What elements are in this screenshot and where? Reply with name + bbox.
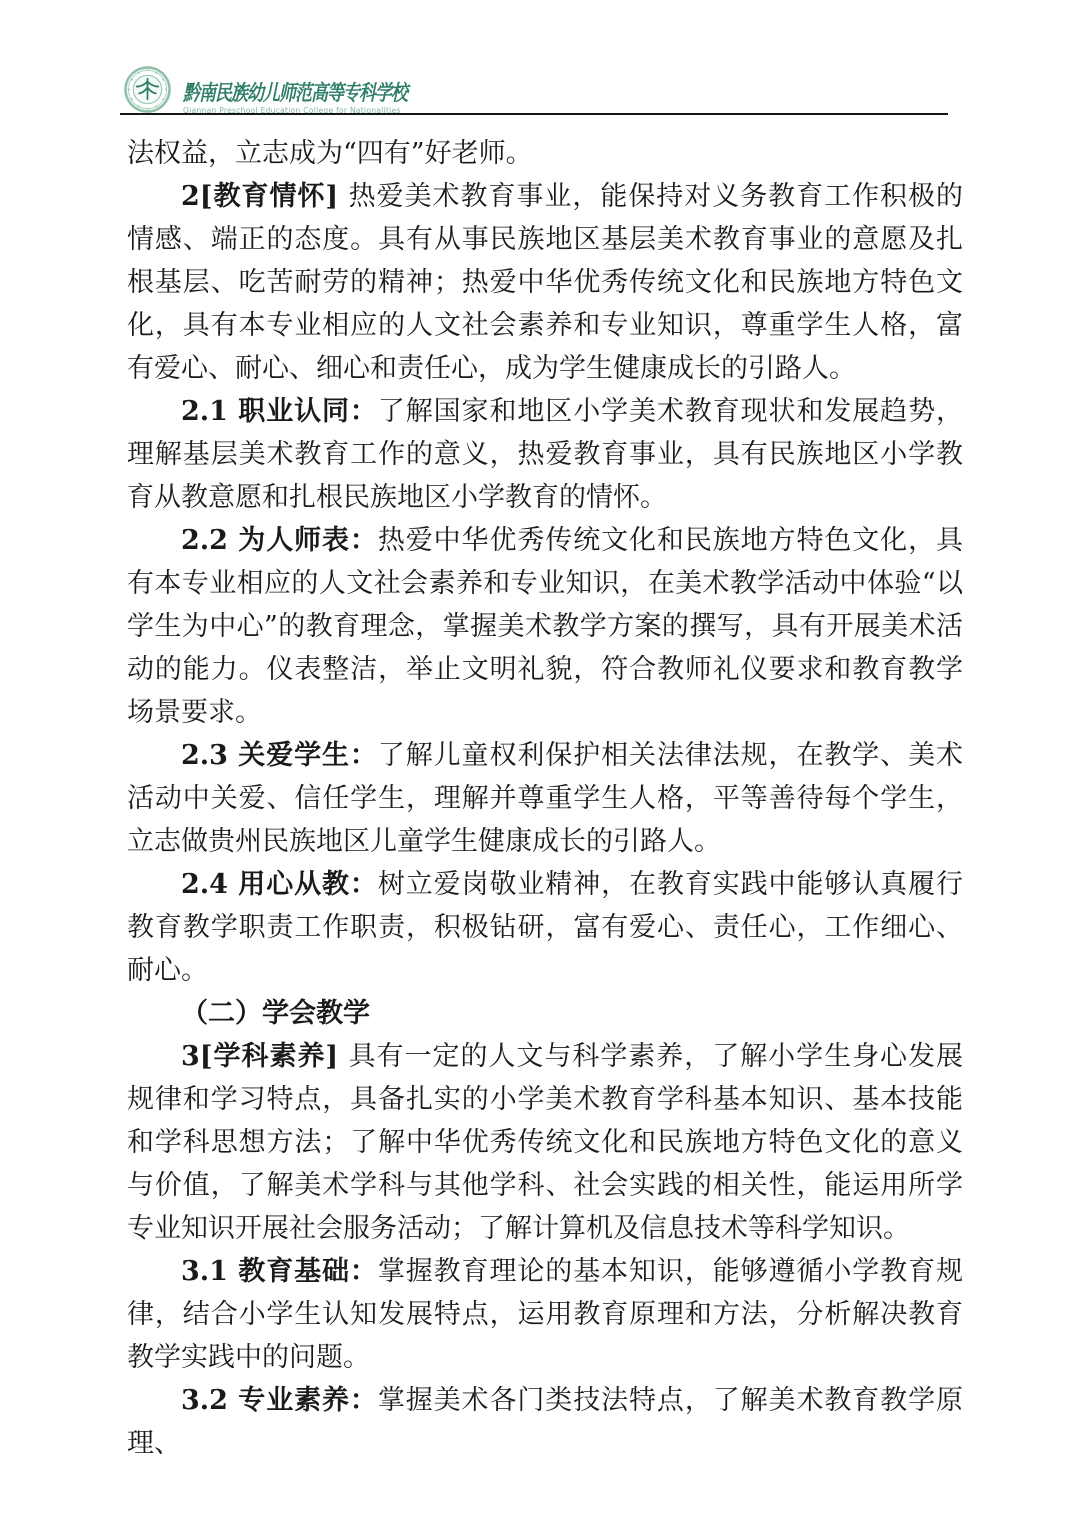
paragraph: 3[学科素养] 具有一定的人文与科学素养，了解小学生身心发展规律和学习特点，具备… (127, 1035, 963, 1250)
paragraph-label: 2.2 为人师表： (181, 525, 378, 556)
paragraph: （二）学会教学 (127, 992, 963, 1035)
school-seal-icon (124, 66, 171, 113)
paragraph-label: 3.2 专业素养： (181, 1385, 378, 1416)
paragraph-text: 法权益，立志成为“四有”好老师。 (127, 138, 533, 169)
paragraph: 2.2 为人师表：热爱中华优秀传统文化和民族地方特色文化，具有本专业相应的人文社… (127, 519, 963, 734)
paragraph-label: 2.3 关爱学生： (181, 740, 378, 771)
paragraph: 3.1 教育基础：掌握教育理论的基本知识，能够遵循小学教育规律，结合小学生认知发… (127, 1250, 963, 1379)
paragraph-label: 3.1 教育基础： (181, 1256, 378, 1287)
document-page: 黔南民族幼儿师范高等专科学校 Qiannan Preschool Educati… (0, 0, 1074, 1520)
paragraph: 2[教育情怀] 热爱美术教育事业，能保持对义务教育工作积极的情感、端正的态度。具… (127, 175, 963, 390)
paragraph-label: 3[学科素养] (181, 1041, 349, 1072)
header-divider-line (120, 113, 948, 115)
school-name-block: 黔南民族幼儿师范高等专科学校 Qiannan Preschool Educati… (183, 66, 407, 115)
letterhead: 黔南民族幼儿师范高等专科学校 Qiannan Preschool Educati… (124, 66, 407, 115)
school-name-chinese: 黔南民族幼儿师范高等专科学校 (183, 75, 407, 106)
paragraph-label: 2[教育情怀] (181, 181, 349, 212)
paragraph-label: 2.1 职业认同： (181, 396, 378, 427)
document-body: 法权益，立志成为“四有”好老师。2[教育情怀] 热爱美术教育事业，能保持对义务教… (127, 132, 963, 1465)
paragraph: 法权益，立志成为“四有”好老师。 (127, 132, 963, 175)
paragraph: 2.1 职业认同：了解国家和地区小学美术教育现状和发展趋势，理解基层美术教育工作… (127, 390, 963, 519)
paragraph-label: （二）学会教学 (181, 998, 370, 1029)
paragraph: 2.3 关爱学生：了解儿童权利保护相关法律法规，在教学、美术活动中关爱、信任学生… (127, 734, 963, 863)
paragraph: 2.4 用心从教：树立爱岗敬业精神，在教育实践中能够认真履行教育教学职责工作职责… (127, 863, 963, 992)
paragraph: 3.2 专业素养：掌握美术各门类技法特点，了解美术教育教学原理、 (127, 1379, 963, 1465)
paragraph-label: 2.4 用心从教： (181, 869, 378, 900)
